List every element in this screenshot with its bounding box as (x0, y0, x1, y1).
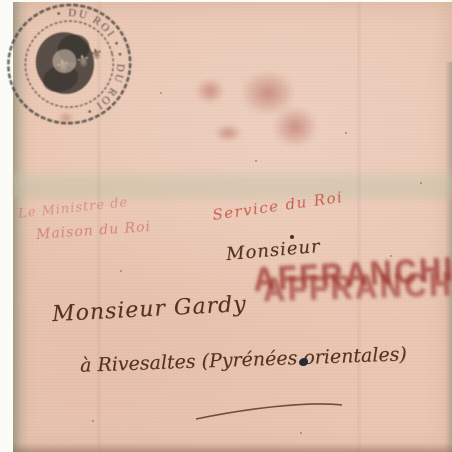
paper-bottom-crease (13, 443, 452, 452)
paper-speck (255, 160, 257, 162)
paper-speck (345, 132, 347, 134)
paper-speck (92, 420, 94, 422)
vertical-fold (358, 2, 360, 452)
letter-photo: • DU ROI • • DU ROI • ⚜ ⚜ ⚜ Le Ministre … (0, 0, 452, 452)
paper-speck (300, 432, 302, 434)
ink-blot (299, 358, 308, 366)
paper-left-edge (13, 2, 29, 452)
faded-red-smudge (195, 78, 225, 104)
faded-red-smudge (214, 124, 242, 142)
paper-speck (120, 270, 122, 272)
paper-speck (160, 92, 162, 94)
paper-right-edge (445, 62, 452, 452)
faded-red-smudge (272, 106, 318, 148)
ink-dot (290, 235, 294, 239)
paper-speck (420, 182, 422, 184)
faded-red-smudge (58, 112, 74, 124)
paper-speck (390, 255, 392, 257)
horizontal-fold (13, 168, 452, 204)
